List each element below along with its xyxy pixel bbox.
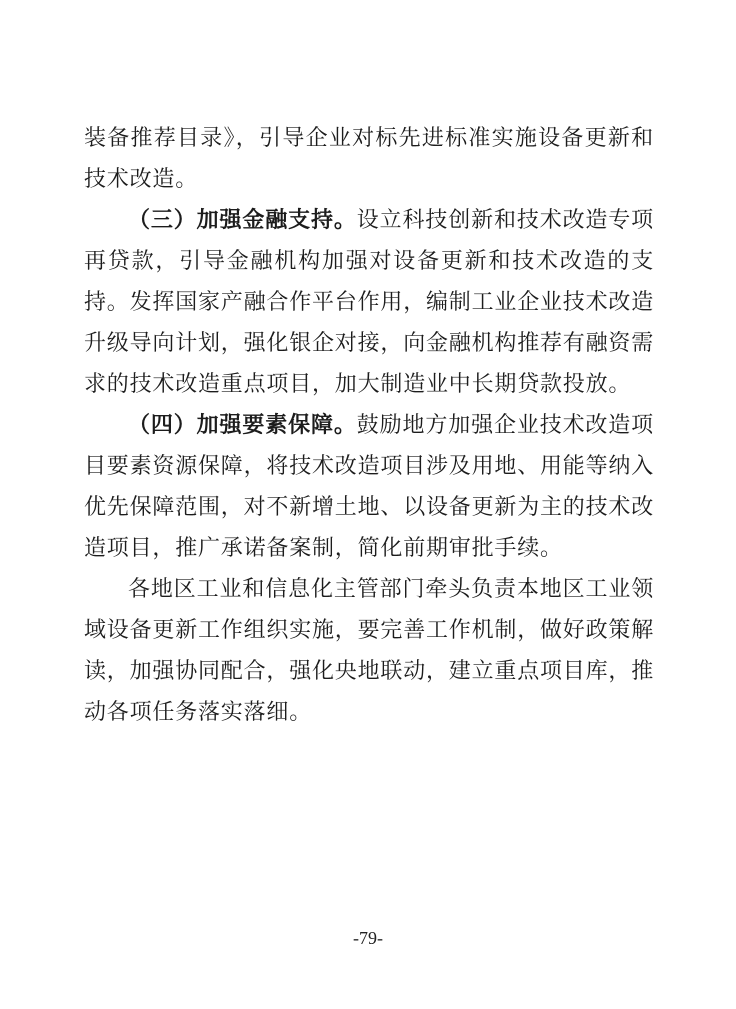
document-body: 装备推荐目录》，引导企业对标先进标准实施设备更新和技术改造。 （三）加强金融支持… [84,118,654,733]
page-number: -79- [0,928,736,949]
paragraph: （四）加强要素保障。鼓励地方加强企业技术改造项目要素资源保障，将技术改造项目涉及… [84,405,654,569]
paragraph: 各地区工业和信息化主管部门牵头负责本地区工业领域设备更新工作组织实施，要完善工作… [84,569,654,733]
paragraph-lead: （三）加强金融支持。 [128,207,357,233]
paragraph: 装备推荐目录》，引导企业对标先进标准实施设备更新和技术改造。 [84,118,654,200]
paragraph-lead: （四）加强要素保障。 [128,412,357,438]
document-page: 装备推荐目录》，引导企业对标先进标准实施设备更新和技术改造。 （三）加强金融支持… [0,0,736,1009]
paragraph-text: 设立科技创新和技术改造专项再贷款，引导金融机构加强对设备更新和技术改造的支持。发… [84,208,654,397]
paragraph-text: 装备推荐目录》，引导企业对标先进标准实施设备更新和技术改造。 [84,126,654,192]
paragraph-text: 各地区工业和信息化主管部门牵头负责本地区工业领域设备更新工作组织实施，要完善工作… [84,577,654,725]
paragraph: （三）加强金融支持。设立科技创新和技术改造专项再贷款，引导金融机构加强对设备更新… [84,200,654,405]
